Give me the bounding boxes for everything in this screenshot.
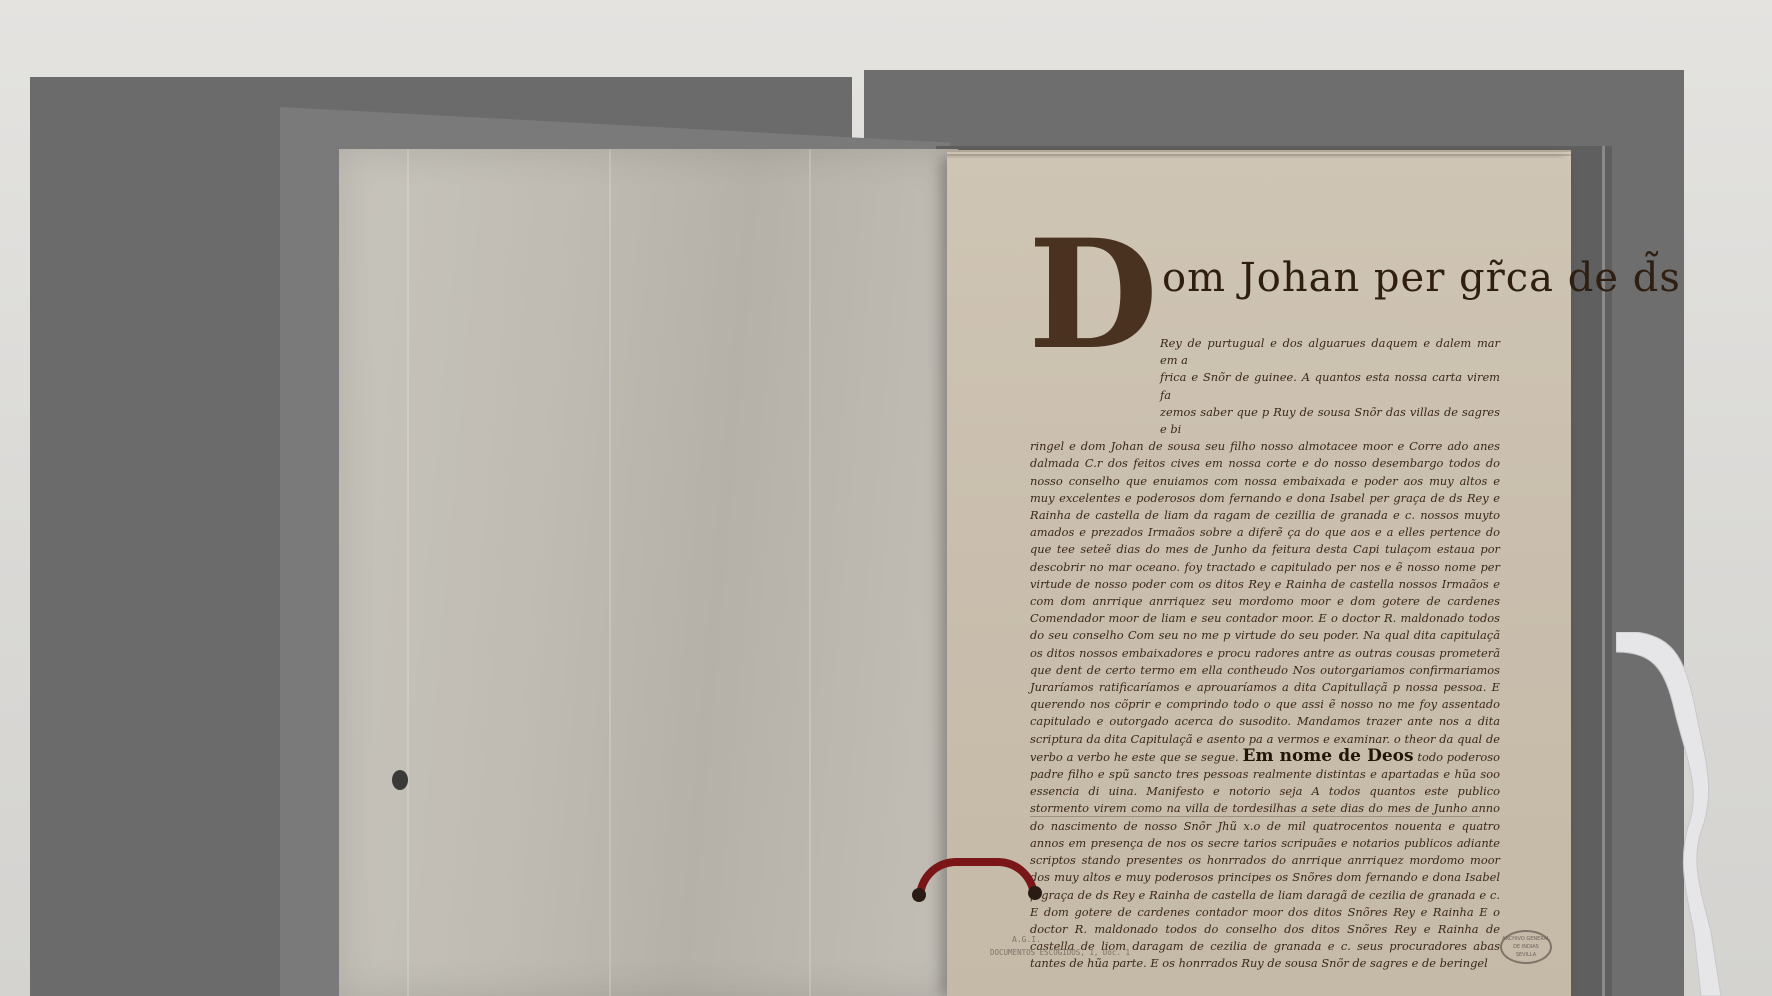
archive-reference: DOCUMENTOS ESCOGIDOS, 1, Doc. 1 [990, 948, 1130, 957]
archive-stamp: ARCHIVO GENERAL DE INDIAS SEVILLA [1500, 930, 1552, 964]
manuscript-heading: om Johan per gr̃ca de d̃s [1162, 255, 1681, 301]
archive-code: A.G.I. [1012, 935, 1041, 944]
red-binding-cord [916, 858, 1038, 898]
stamp-text-bottom: SEVILLA [1502, 951, 1550, 959]
text-line: frica e Snõr de guinee. A quantos esta n… [1030, 369, 1500, 403]
manuscript-text: Rey de purtugual e dos alguarues daquem … [1030, 335, 1500, 973]
cord-hole-left [912, 888, 926, 902]
white-ribbon [1616, 632, 1726, 996]
text-line: Rey de purtugual e dos alguarues daquem … [1030, 335, 1500, 369]
stamp-text-top: ARCHIVO GENERAL [1502, 935, 1550, 943]
emphasized-phrase: Em nome de Deos [1243, 746, 1414, 766]
blank-parchment-leaf [339, 149, 958, 996]
text-baseline-rule [1030, 816, 1480, 817]
text-line: zemos saber que p Ruy de sousa Snõr das … [1030, 404, 1500, 438]
parchment-hole [392, 770, 408, 790]
cord-hole-right [1028, 886, 1042, 900]
text-line: ringel e dom Johan de sousa seu filho no… [1030, 439, 1442, 453]
text-line: tantes de hũa parte. E os honrrados Ruy … [1030, 956, 1488, 970]
text-line: verbo a verbo he este que se segue. [1030, 750, 1239, 764]
stamp-text-mid: DE INDIAS [1502, 943, 1550, 951]
